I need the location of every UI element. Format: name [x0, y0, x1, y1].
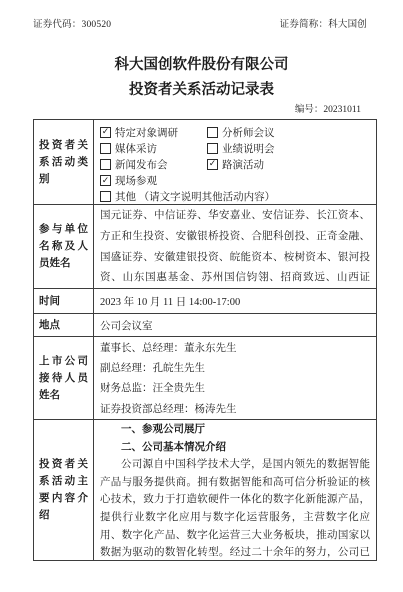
activity-option: ✓分析师会议 — [207, 125, 275, 140]
activity-option: ✓特定对象调研 — [100, 125, 178, 140]
row-header-main-content: 投资者关系活动主要内容介绍 — [34, 420, 94, 560]
activity-option-label: 现场参观 — [115, 173, 157, 188]
row-header-activity-type: 投资者关系活动类别 — [34, 120, 94, 204]
activity-option: ✓媒体采访 — [100, 141, 157, 156]
checkbox-icon: ✓ — [207, 143, 218, 154]
activity-option-label: 业绩说明会 — [222, 141, 275, 156]
table-row-location: 地点 公司会议室 — [34, 313, 376, 336]
stock-abbr-value: 科大国创 — [328, 20, 367, 30]
stock-abbr-label: 证券简称： — [280, 20, 329, 30]
checkbox-icon: ✓ — [207, 127, 218, 138]
location-value: 公司会议室 — [94, 314, 376, 336]
activity-option-line: ✓其他 （请文字说明其他活动内容） — [100, 189, 370, 204]
stock-code: 证券代码：300520 — [33, 16, 111, 30]
host-line: 证券投资部总经理：杨涛先生 — [100, 400, 370, 419]
hosts-list: 董事长、总经理：董永东先生 副总经理：孔皖生先生 财务总监：汪全贵先生 证券投资… — [94, 337, 376, 419]
activity-option-label: 新闻发布会 — [115, 157, 168, 172]
main-content-body: 一、参观公司展厅 二、公司基本情况介绍 公司源自中国科学技术大学，是国内领先的数… — [94, 420, 376, 560]
activity-option-label: 其他 （请文字说明其他活动内容） — [115, 189, 275, 204]
checkbox-icon: ✓ — [100, 127, 111, 138]
company-name: 科大国创软件股份有限公司 — [0, 53, 403, 78]
row-header-participants: 参与单位名称及人员姓名 — [34, 205, 94, 288]
checkbox-icon: ✓ — [100, 191, 111, 202]
investor-relations-table: 投资者关系活动类别 ✓特定对象调研 ✓分析师会议 ✓媒体采访 ✓业绩说明会 ✓新… — [33, 119, 377, 561]
check-icon: ✓ — [209, 159, 217, 168]
activity-option: ✓新闻发布会 — [100, 157, 168, 172]
main-section-1: 一、参观公司展厅 — [100, 421, 370, 439]
activity-option: ✓其他 （请文字说明其他活动内容） — [100, 189, 275, 204]
table-row-hosts: 上市公司接待人员姓名 董事长、总经理：董永东先生 副总经理：孔皖生先生 财务总监… — [34, 336, 376, 419]
stock-abbr: 证券简称：科大国创 — [280, 16, 367, 30]
host-line: 财务总监：汪全贵先生 — [100, 379, 370, 399]
checkbox-icon: ✓ — [100, 159, 111, 170]
activity-option-label: 路演活动 — [222, 157, 264, 172]
time-value: 2023 年 10 月 11 日 14:00-17:00 — [94, 289, 376, 313]
host-line: 副总经理：孔皖生先生 — [100, 359, 370, 379]
row-header-hosts: 上市公司接待人员姓名 — [34, 337, 94, 419]
activity-option-label: 分析师会议 — [222, 125, 275, 140]
check-icon: ✓ — [102, 127, 110, 136]
checkbox-icon: ✓ — [100, 175, 111, 186]
checkbox-icon: ✓ — [207, 159, 218, 170]
main-section-2: 二、公司基本情况介绍 — [100, 439, 370, 457]
document-type-title: 投资者关系活动记录表 — [0, 78, 403, 103]
table-row-activity-type: 投资者关系活动类别 ✓特定对象调研 ✓分析师会议 ✓媒体采访 ✓业绩说明会 ✓新… — [34, 120, 376, 204]
document-page: 证券代码：300520 证券简称：科大国创 科大国创软件股份有限公司 投资者关系… — [0, 0, 403, 592]
document-number: 编号：20231011 — [33, 101, 361, 115]
document-number-label: 编号： — [295, 105, 324, 115]
document-number-value: 20231011 — [323, 105, 361, 115]
participants-list: 国元证券、中信证券、华安嘉业、安信证券、长江资本、方正和生投资、安徽银桥投资、合… — [94, 205, 376, 288]
company-intro-paragraph: 公司源自中国科学技术大学，是国内领先的数据智能产品与服务提供商。拥有数据智能和高… — [100, 456, 370, 560]
row-header-time: 时间 — [34, 289, 94, 313]
table-row-main-content: 投资者关系活动主要内容介绍 一、参观公司展厅 二、公司基本情况介绍 公司源自中国… — [34, 419, 376, 560]
activity-option: ✓业绩说明会 — [207, 141, 275, 156]
table-row-time: 时间 2023 年 10 月 11 日 14:00-17:00 — [34, 288, 376, 313]
check-icon: ✓ — [102, 176, 110, 185]
activity-option-line: ✓新闻发布会 ✓路演活动 — [100, 156, 370, 172]
activity-option-label: 媒体采访 — [115, 141, 157, 156]
activity-option: ✓路演活动 — [207, 157, 264, 172]
document-meta-row: 证券代码：300520 证券简称：科大国创 — [33, 16, 367, 30]
activity-option-line: ✓媒体采访 ✓业绩说明会 — [100, 140, 370, 156]
document-title: 科大国创软件股份有限公司 投资者关系活动记录表 — [0, 53, 403, 103]
row-header-location: 地点 — [34, 314, 94, 336]
checkbox-icon: ✓ — [100, 143, 111, 154]
activity-option: ✓现场参观 — [100, 173, 157, 188]
activity-option-line: ✓现场参观 — [100, 173, 370, 189]
host-line: 董事长、总经理：董永东先生 — [100, 339, 370, 359]
activity-option-line: ✓特定对象调研 ✓分析师会议 — [100, 124, 370, 140]
activity-type-options: ✓特定对象调研 ✓分析师会议 ✓媒体采访 ✓业绩说明会 ✓新闻发布会 ✓路演活动… — [94, 120, 376, 204]
stock-code-label: 证券代码： — [33, 20, 82, 30]
table-row-participants: 参与单位名称及人员姓名 国元证券、中信证券、华安嘉业、安信证券、长江资本、方正和… — [34, 204, 376, 288]
stock-code-value: 300520 — [82, 20, 112, 30]
activity-option-label: 特定对象调研 — [115, 125, 178, 140]
